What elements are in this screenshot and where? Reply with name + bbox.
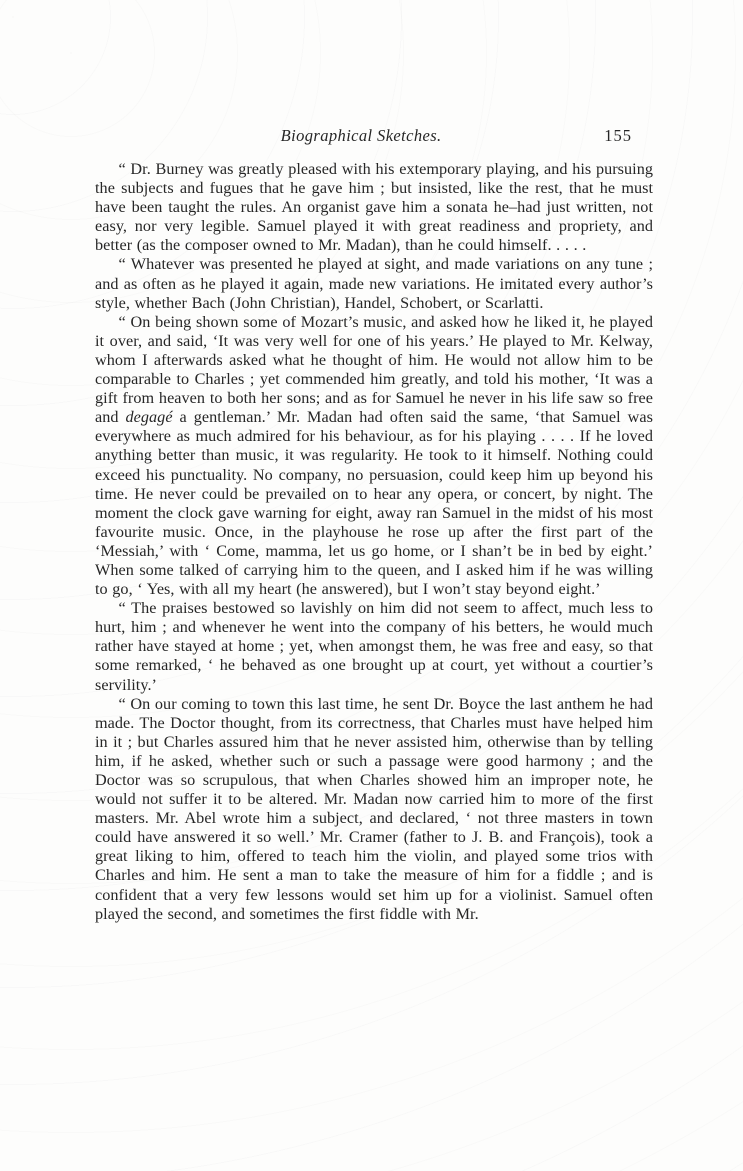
page-body-text: “ Dr. Burney was greatly pleased with hi… — [95, 160, 653, 924]
scanned-book-page: Biographical Sketches. 155 “ Dr. Burney … — [0, 0, 743, 1171]
paragraph: “ On our coming to town this last time, … — [95, 695, 653, 924]
paragraph: “ Dr. Burney was greatly pleased with hi… — [95, 160, 653, 255]
italic-text-segment: degagé — [126, 408, 173, 426]
paragraph: “ On being shown some of Mozart’s music,… — [95, 313, 653, 599]
paragraph: “ The praises bestowed so lavishly on hi… — [95, 599, 653, 694]
text-segment: “ Dr. Burney was greatly pleased with hi… — [95, 160, 653, 254]
text-segment: “ On our coming to town this last time, … — [95, 695, 653, 923]
text-segment: a gentleman.’ Mr. Madan had often said t… — [95, 408, 653, 598]
text-segment: “ Whatever was presented he played at si… — [95, 255, 653, 311]
running-title: Biographical Sketches. — [281, 126, 442, 146]
text-block: Biographical Sketches. 155 “ Dr. Burney … — [95, 126, 653, 924]
paragraph: “ Whatever was presented he played at si… — [95, 255, 653, 312]
page-number: 155 — [604, 126, 632, 146]
text-segment: “ The praises bestowed so lavishly on hi… — [95, 599, 653, 693]
page-header: Biographical Sketches. 155 — [95, 126, 653, 148]
